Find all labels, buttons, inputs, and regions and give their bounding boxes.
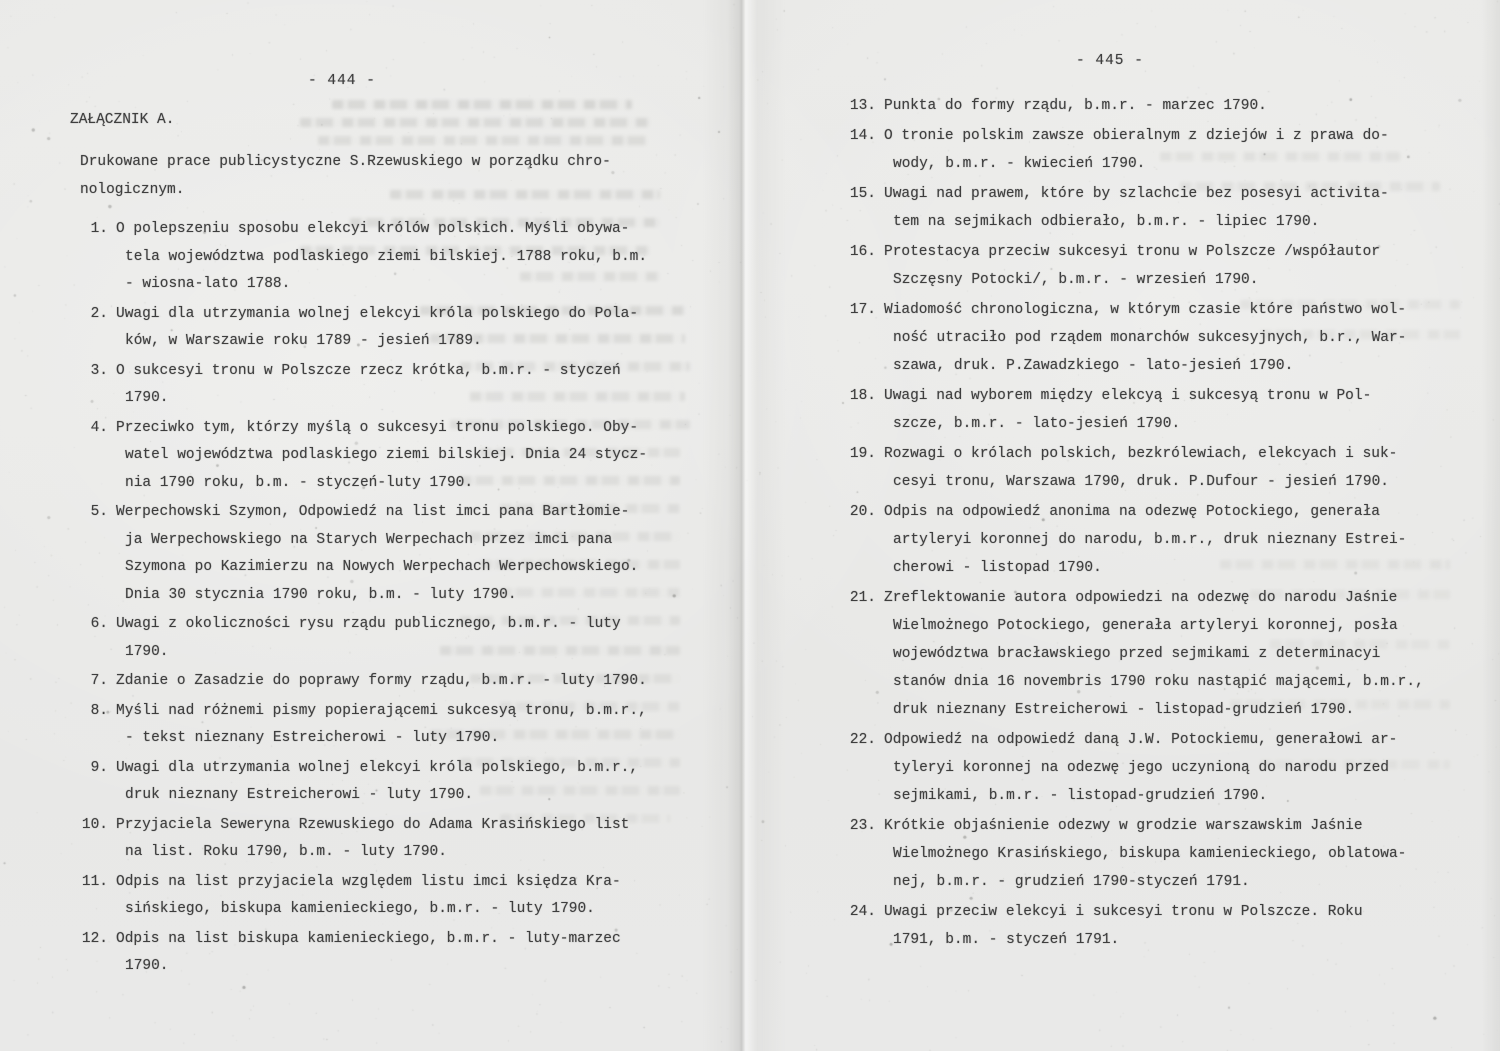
list-item-4: 4.Przeciwko tym, którzy myślą o sukcesyi… [80, 415, 680, 498]
list-item-7: 7.Zdanie o Zasadzie do poprawy formy rzą… [80, 668, 680, 696]
item-text: Myśli nad różnemi pismy popierającemi su… [116, 698, 647, 753]
list-item-1: 1.O polepszeniu sposobu elekcyi królów p… [80, 216, 680, 299]
item-number: 1. [80, 216, 108, 299]
item-text: Uwagi przeciw elekcyi i sukcesyi tronu w… [884, 898, 1363, 954]
item-number: 9. [80, 755, 108, 810]
item-text: Odpowiedź na odpowiedź daną J.W. Potocki… [884, 726, 1397, 810]
publication-list-left: 1.O polepszeniu sposobu elekcyi królów p… [80, 216, 680, 981]
page-edge-shadow [1482, 0, 1500, 1051]
item-number: 6. [80, 611, 108, 666]
item-text: Protestacya przeciw sukcesyi tronu w Pol… [884, 238, 1380, 294]
list-item-3: 3.O sukcesyi tronu w Polszcze rzecz krót… [80, 358, 680, 413]
item-number: 19. [848, 440, 876, 496]
list-item-24: 24.Uwagi przeciw elekcyi i sukcesyi tron… [848, 898, 1448, 954]
item-text: Uwagi nad prawem, które by szlachcie bez… [884, 180, 1389, 236]
item-number: 7. [80, 668, 108, 696]
list-item-5: 5.Werpechowski Szymon, Odpowiedź na list… [80, 499, 680, 609]
list-item-13: 13.Punkta do formy rządu, b.m.r. - marze… [848, 92, 1448, 120]
item-text: Odpis na odpowiedź anonima na odezwę Pot… [884, 498, 1406, 582]
list-item-22: 22.Odpowiedź na odpowiedź daną J.W. Poto… [848, 726, 1448, 810]
appendix-heading: ZAŁĄCZNIK A. [70, 106, 680, 134]
item-number: 3. [80, 358, 108, 413]
scanned-book-spread: - 444 - ZAŁĄCZNIK A. Drukowane prace pub… [0, 0, 1500, 1051]
item-number: 2. [80, 301, 108, 356]
list-item-21: 21.Zreflektowanie autora odpowiedzi na o… [848, 584, 1448, 724]
item-number: 17. [848, 296, 876, 380]
item-text: Wiadomość chronologiczna, w którym czasi… [884, 296, 1406, 380]
item-text: O tronie polskim zawsze obieralnym z dzi… [884, 122, 1389, 178]
intro-paragraph: Drukowane prace publicystyczne S.Rzewusk… [80, 149, 680, 204]
item-number: 16. [848, 238, 876, 294]
item-number: 23. [848, 812, 876, 896]
item-number: 4. [80, 415, 108, 498]
item-text: Zdanie o Zasadzie do poprawy formy rządu… [116, 668, 647, 696]
item-number: 13. [848, 92, 876, 120]
list-item-16: 16.Protestacya przeciw sukcesyi tronu w … [848, 238, 1448, 294]
page-number-left: - 444 - [308, 67, 376, 95]
publication-list-right: 13.Punkta do formy rządu, b.m.r. - marze… [848, 92, 1448, 954]
item-text: Punkta do formy rządu, b.m.r. - marzec 1… [884, 92, 1267, 120]
list-item-10: 10.Przyjaciela Seweryna Rzewuskiego do A… [80, 812, 680, 867]
item-number: 15. [848, 180, 876, 236]
list-item-15: 15.Uwagi nad prawem, które by szlachcie … [848, 180, 1448, 236]
item-number: 12. [80, 926, 108, 981]
item-number: 5. [80, 499, 108, 609]
item-number: 14. [848, 122, 876, 178]
item-text: Odpis na list przyjaciela względem listu… [116, 869, 621, 924]
item-number: 24. [848, 898, 876, 954]
item-number: 18. [848, 382, 876, 438]
item-number: 8. [80, 698, 108, 753]
item-number: 22. [848, 726, 876, 810]
list-item-18: 18.Uwagi nad wyborem między elekcyą i su… [848, 382, 1448, 438]
list-item-11: 11.Odpis na list przyjaciela względem li… [80, 869, 680, 924]
item-number: 11. [80, 869, 108, 924]
page-444: - 444 - ZAŁĄCZNIK A. Drukowane prace pub… [80, 67, 680, 983]
item-text: Krótkie objaśnienie odezwy w grodzie war… [884, 812, 1406, 896]
list-item-20: 20.Odpis na odpowiedź anonima na odezwę … [848, 498, 1448, 582]
item-number: 10. [80, 812, 108, 867]
page-445: - 445 - 13.Punkta do formy rządu, b.m.r.… [848, 47, 1448, 956]
list-item-12: 12.Odpis na list biskupa kamienieckiego,… [80, 926, 680, 981]
item-text: Zreflektowanie autora odpowiedzi na odez… [884, 584, 1424, 724]
item-text: Przyjaciela Seweryna Rzewuskiego do Adam… [116, 812, 629, 867]
item-text: Uwagi dla utrzymania wolnej elekcyi król… [116, 755, 638, 810]
item-text: Uwagi z okoliczności rysu rządu publiczn… [116, 611, 621, 666]
list-item-2: 2.Uwagi dla utrzymania wolnej elekcyi kr… [80, 301, 680, 356]
list-item-17: 17.Wiadomość chronologiczna, w którym cz… [848, 296, 1448, 380]
item-text: Rozwagi o królach polskich, bezkrólewiac… [884, 440, 1397, 496]
list-item-6: 6.Uwagi z okoliczności rysu rządu public… [80, 611, 680, 666]
item-text: Uwagi nad wyborem między elekcyą i sukce… [884, 382, 1371, 438]
item-text: O sukcesyi tronu w Polszcze rzecz krótka… [116, 358, 621, 413]
list-item-19: 19.Rozwagi o królach polskich, bezkrólew… [848, 440, 1448, 496]
list-item-23: 23.Krótkie objaśnienie odezwy w grodzie … [848, 812, 1448, 896]
item-text: Przeciwko tym, którzy myślą o sukcesyi t… [116, 415, 647, 498]
list-item-9: 9.Uwagi dla utrzymania wolnej elekcyi kr… [80, 755, 680, 810]
page-number-right: - 445 - [1076, 47, 1144, 75]
list-item-8: 8.Myśli nad różnemi pismy popierającemi … [80, 698, 680, 753]
item-number: 21. [848, 584, 876, 724]
page-fold [702, 0, 786, 1051]
item-text: O polepszeniu sposobu elekcyi królów pol… [116, 216, 647, 299]
item-text: Uwagi dla utrzymania wolnej elekcyi król… [116, 301, 638, 356]
item-text: Odpis na list biskupa kamienieckiego, b.… [116, 926, 621, 981]
item-number: 20. [848, 498, 876, 582]
list-item-14: 14.O tronie polskim zawsze obieralnym z … [848, 122, 1448, 178]
item-text: Werpechowski Szymon, Odpowiedź na list i… [116, 499, 638, 609]
